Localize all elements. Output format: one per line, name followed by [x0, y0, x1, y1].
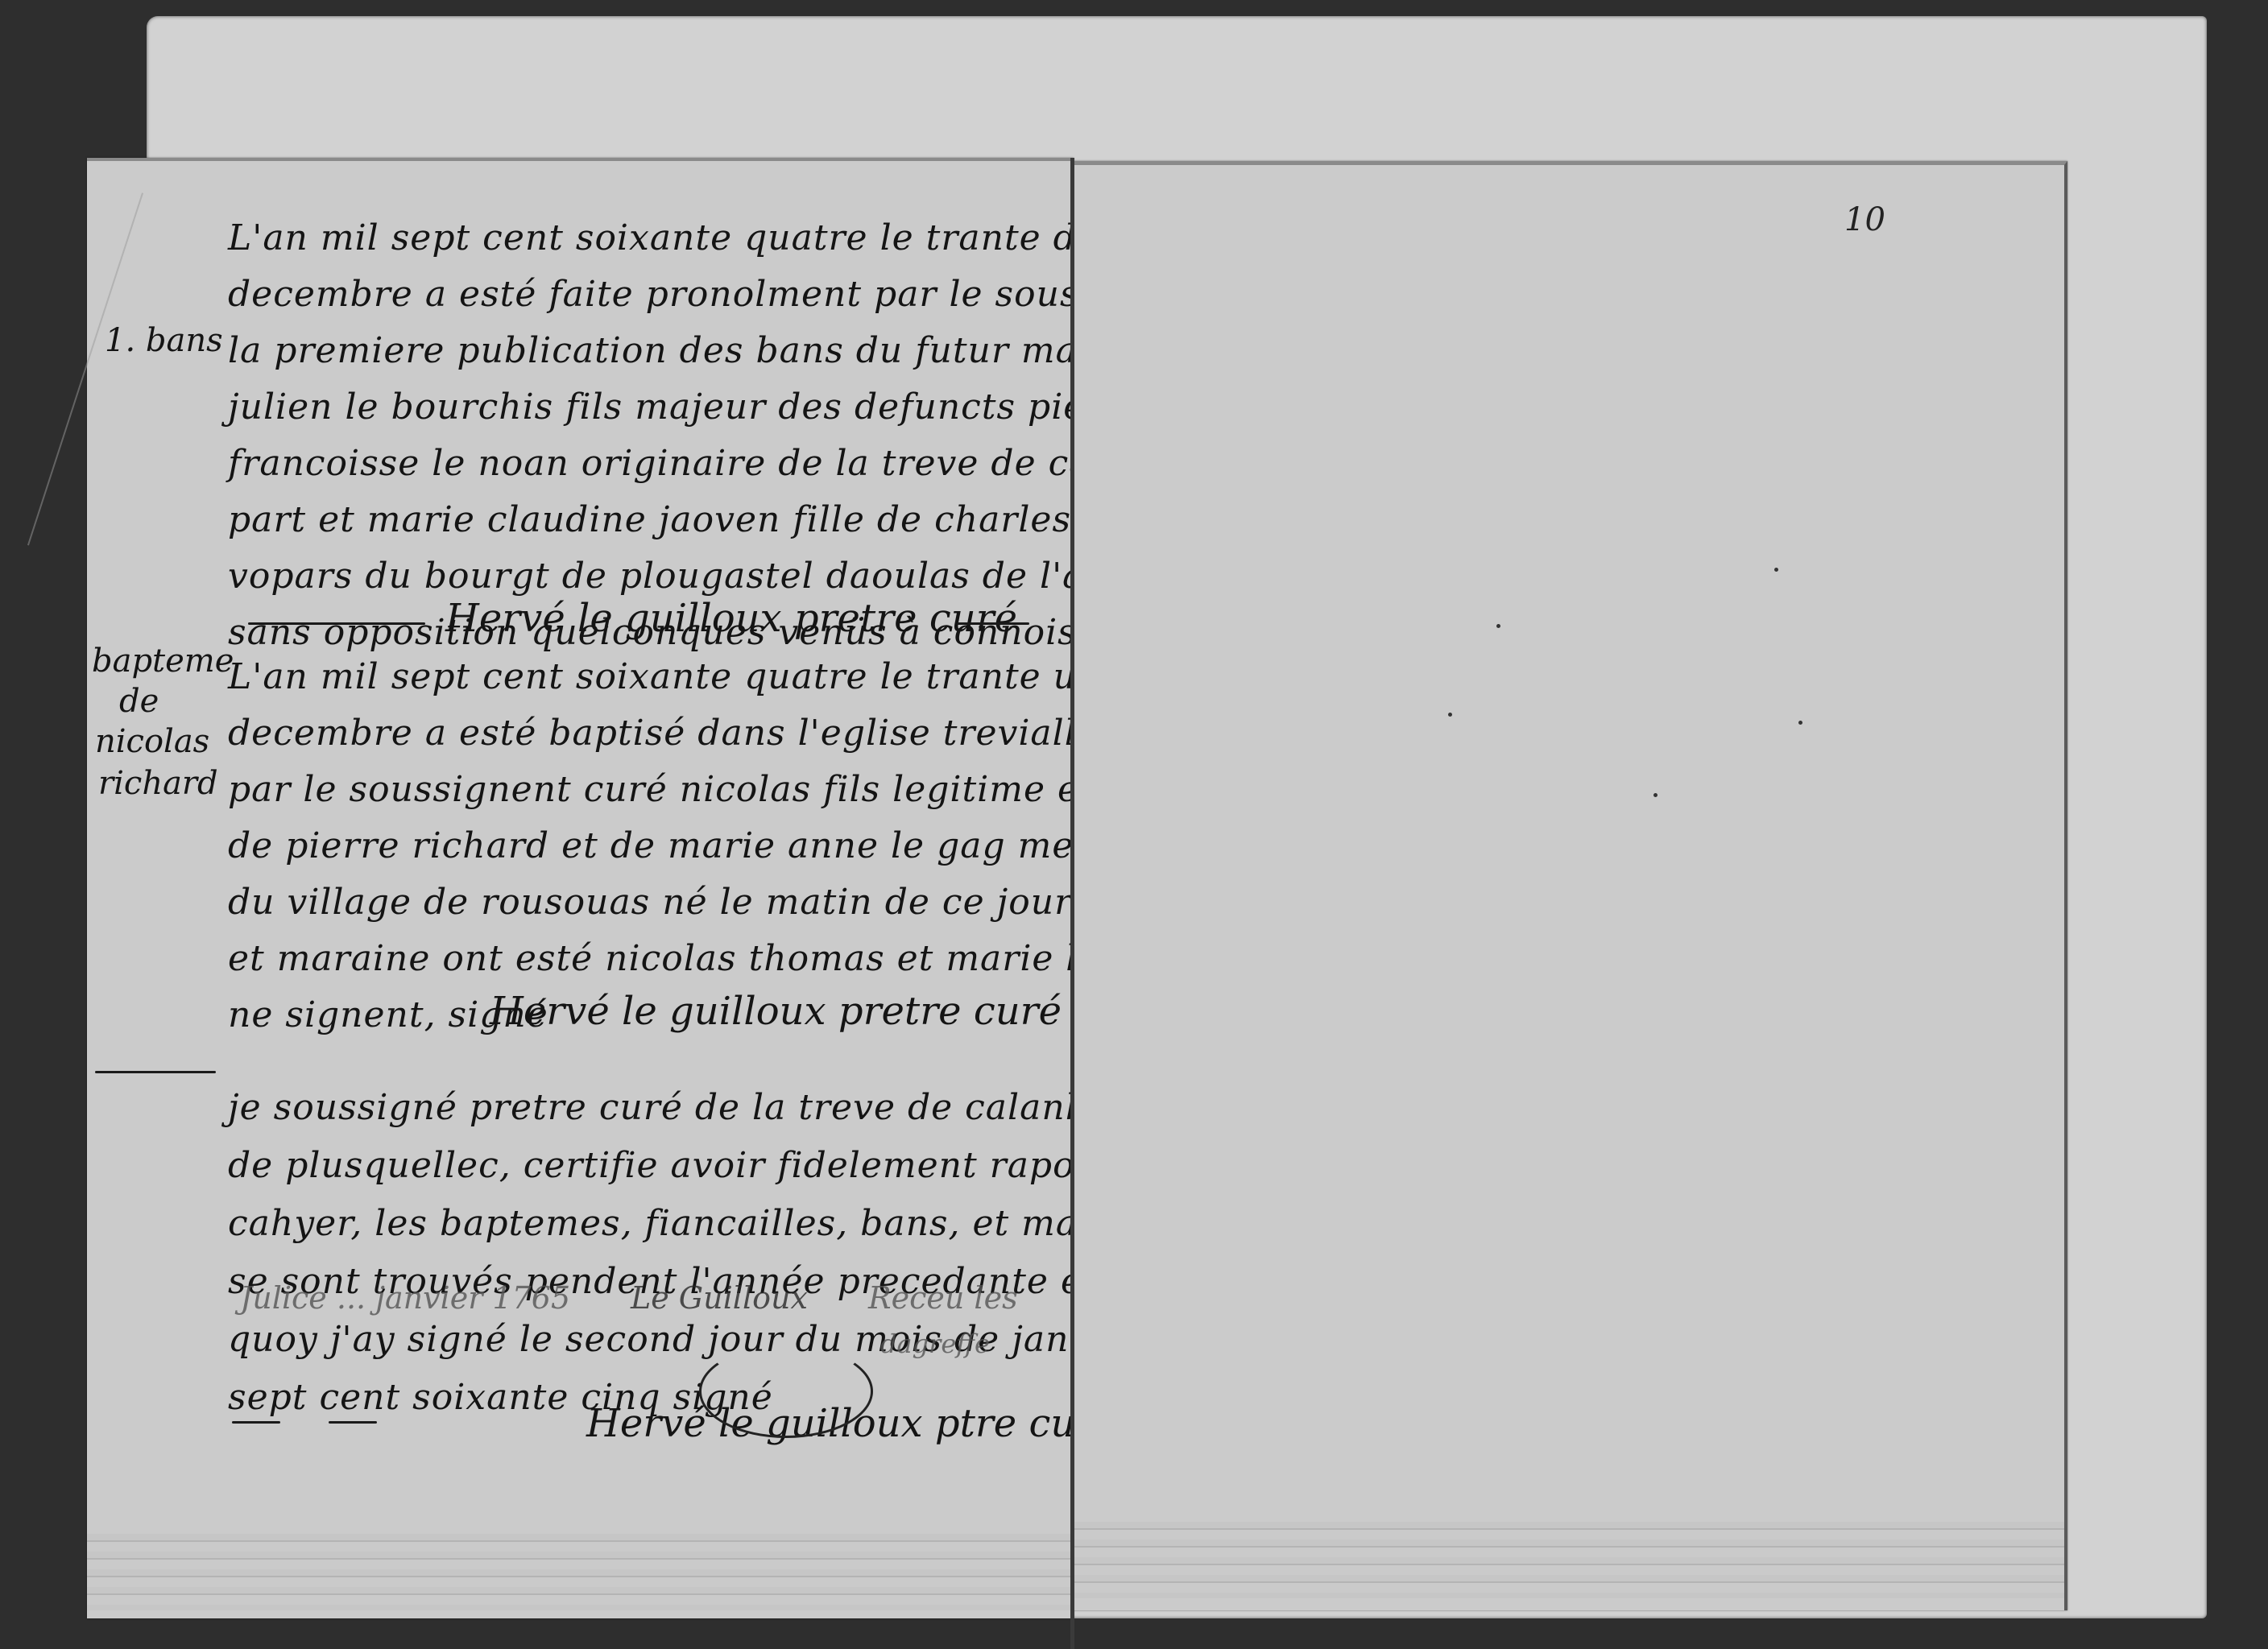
ink-speck — [1448, 713, 1452, 717]
ink-speck — [1653, 793, 1658, 797]
page-number: 10 — [1844, 201, 1885, 238]
registry-note-date: Julice ... janvier 1765 — [240, 1280, 570, 1316]
divider-rule — [95, 1071, 216, 1073]
right-page — [1074, 161, 2067, 1610]
entry-line: de pierre richard et de marie anne le ga… — [228, 825, 1202, 866]
paper-crease — [27, 192, 143, 545]
ink-speck — [1798, 721, 1802, 725]
signature-curé: Hervé le guilloux pretre curé — [490, 989, 1062, 1034]
registry-note-greffe: dagreffe — [880, 1329, 990, 1359]
divider-rule — [248, 622, 425, 625]
ink-speck — [1496, 624, 1500, 628]
binding-fold — [1070, 158, 1074, 1649]
margin-note-line: bapteme — [92, 643, 234, 680]
entry-line: du village de rousouas né le matin de ce… — [228, 882, 1205, 923]
entry-line: quoy j'ay signé le second jour du mois d… — [228, 1319, 1212, 1360]
margin-note-bans: 1. bans — [105, 322, 223, 359]
divider-rule — [329, 1421, 377, 1424]
margin-note-line: de — [119, 683, 159, 720]
page-edge-wear — [1074, 1522, 2064, 1598]
margin-note-line: nicolas — [95, 723, 209, 760]
ink-speck — [1774, 568, 1778, 572]
signature-curé: Hervé le guilloux pretre curé — [445, 596, 1017, 641]
paraph-flourish-icon — [699, 1345, 873, 1438]
divider-rule — [232, 1421, 280, 1424]
registry-note-signature: Le Guilloux — [631, 1280, 808, 1316]
divider-rule — [957, 622, 1029, 625]
page-edge-wear — [87, 1534, 1074, 1610]
margin-note-line: richard — [98, 765, 218, 802]
registry-note-received: Receu les — [868, 1280, 1018, 1316]
left-page: 1. bans L'an mil sept cent soixante quat… — [87, 158, 1074, 1618]
